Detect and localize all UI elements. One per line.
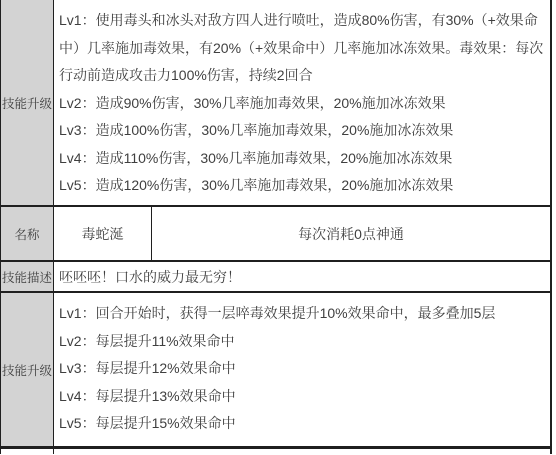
upgrade-2-lv2: Lv2：每层提升11%效果命中 [59,328,546,356]
skill-desc-label: 技能描述 [1,262,54,291]
upgrade-1-lv4: Lv4：造成110%伤害，30%几率施加毒效果，20%施加冰冻效果 [59,145,546,173]
row-skill-upgrade-1: 技能升级 Lv1：使用毒头和冰头对敌方四人进行喷吐，造成80%伤害，有30%（+… [1,0,550,207]
partial-label-cell [1,449,54,454]
upgrade-2-lv4: Lv4：每层提升13%效果命中 [59,383,546,411]
row-skill-upgrade-2: 技能升级 Lv1：回合开始时，获得一层啐毒效果提升10%效果命中，最多叠加5层 … [1,293,550,449]
name-label: 名称 [1,207,54,260]
skill-upgrade-2-label: 技能升级 [1,293,54,446]
upgrade-2-lv3: Lv3：每层提升12%效果命中 [59,355,546,383]
skill-upgrade-1-content: Lv1：使用毒头和冰头对敌方四人进行喷吐，造成80%伤害，有30%（+效果命中）… [54,0,550,205]
partial-content-cell [54,449,550,454]
upgrade-2-lv1: Lv1：回合开始时，获得一层啐毒效果提升10%效果命中，最多叠加5层 [59,300,546,328]
skill-name-cell: 毒蛇涎 [54,207,152,260]
upgrade-1-lv3: Lv3：造成100%伤害，30%几率施加毒效果，20%施加冰冻效果 [59,117,546,145]
row-partial-next [1,449,550,454]
page-canvas: 技能升级 Lv1：使用毒头和冰头对敌方四人进行喷吐，造成80%伤害，有30%（+… [0,0,556,455]
row-skill-desc: 技能描述 呸呸呸！口水的威力最无穷！ [1,262,550,293]
skill-upgrade-2-content: Lv1：回合开始时，获得一层啐毒效果提升10%效果命中，最多叠加5层 Lv2：每… [54,293,550,446]
upgrade-1-lv5: Lv5：造成120%伤害，30%几率施加毒效果，20%施加冰冻效果 [59,172,546,200]
skill-table: 技能升级 Lv1：使用毒头和冰头对敌方四人进行喷吐，造成80%伤害，有30%（+… [0,0,552,454]
upgrade-2-lv5: Lv5：每层提升15%效果命中 [59,410,546,438]
upgrade-1-lv2: Lv2：造成90%伤害，30%几率施加毒效果，20%施加冰冻效果 [59,90,546,118]
skill-cost-cell: 每次消耗0点神通 [152,207,550,260]
skill-upgrade-1-label: 技能升级 [1,0,54,205]
upgrade-1-lv1: Lv1：使用毒头和冰头对敌方四人进行喷吐，造成80%伤害，有30%（+效果命中）… [59,7,546,90]
skill-desc-text: 呸呸呸！口水的威力最无穷！ [54,262,550,291]
row-name: 名称 毒蛇涎 每次消耗0点神通 [1,207,550,262]
